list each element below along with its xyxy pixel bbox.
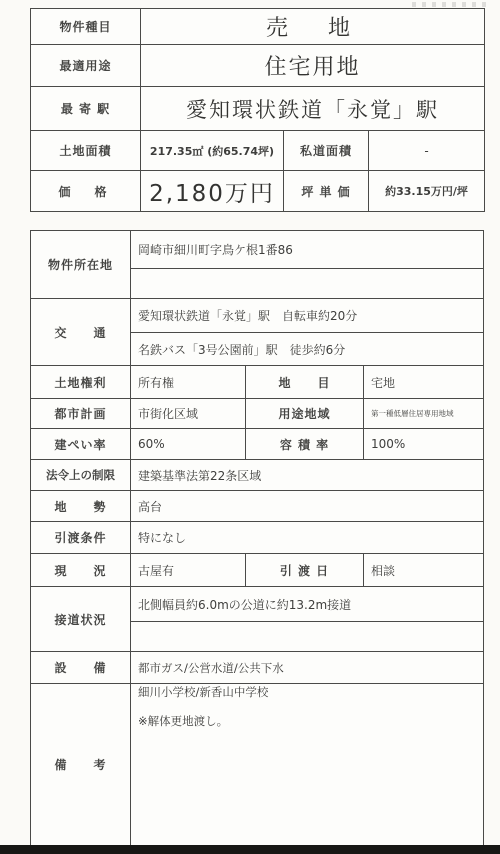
detail-table: 物件所在地 岡崎市細川町字鳥ケ根1番86 交 通 愛知環状鉄道「永覚」駅 自転車…	[30, 230, 484, 846]
row-price: 価 格 2,180万円 坪 単 価 約33.15万円/坪	[31, 171, 485, 212]
row-transport: 交 通 愛知環状鉄道「永覚」駅 自転車約20分	[31, 299, 484, 333]
land-category-value: 宅地	[364, 366, 484, 399]
terrain-value: 高台	[131, 491, 484, 522]
row-nearest-station: 最 寄 駅 愛知環状鉄道「永覚」駅	[31, 87, 485, 131]
floor-area-ratio-value: 100%	[364, 429, 484, 460]
nearest-station-label: 最 寄 駅	[31, 87, 141, 131]
remarks-line-demolition: ※解体更地渡し。	[138, 713, 476, 729]
best-use-value: 住宅用地	[141, 45, 485, 87]
handover-date-value: 相談	[364, 554, 484, 587]
best-use-label: 最適用途	[31, 45, 141, 87]
private-road-area-value: -	[369, 131, 485, 171]
floor-area-ratio-label: 容 積 率	[246, 429, 364, 460]
land-area-value: 217.35㎡ (約65.74坪)	[141, 131, 284, 171]
scan-edge-bar	[0, 845, 500, 854]
legal-restrictions-label: 法令上の制限	[31, 460, 131, 491]
row-remarks: 備 考 細川小学校/新香山中学校 ※解体更地渡し。	[31, 684, 484, 846]
price-label: 価 格	[31, 171, 141, 212]
road-access-value-line2	[131, 622, 484, 652]
row-legal-restrictions: 法令上の制限 建築基準法第22条区域	[31, 460, 484, 491]
scanned-property-sheet: { "document": { "summary": { "property_t…	[0, 0, 500, 854]
scan-artifact	[412, 2, 490, 7]
transport-line2: 名鉄バス「3号公園前」駅 徒歩約6分	[131, 333, 484, 366]
handover-conditions-value: 特になし	[131, 522, 484, 554]
transport-label: 交 通	[31, 299, 131, 366]
row-property-type: 物件種目 売 地	[31, 9, 485, 45]
zoning-label: 用途地域	[246, 399, 364, 429]
row-land-rights: 土地権利 所有権 地 目 宅地	[31, 366, 484, 399]
remarks-line-schools: 細川小学校/新香山中学校	[138, 684, 476, 700]
facilities-label: 設 備	[31, 652, 131, 684]
road-access-value: 北側幅員約6.0mの公道に約13.2m接道	[131, 587, 484, 622]
building-coverage-label: 建ぺい率	[31, 429, 131, 460]
row-handover-conditions: 引渡条件 特になし	[31, 522, 484, 554]
handover-conditions-label: 引渡条件	[31, 522, 131, 554]
handover-date-label: 引 渡 日	[246, 554, 364, 587]
remarks-value: 細川小学校/新香山中学校 ※解体更地渡し。	[131, 684, 484, 846]
row-coverage-ratio: 建ぺい率 60% 容 積 率 100%	[31, 429, 484, 460]
tsubo-unit-price-value: 約33.15万円/坪	[369, 171, 485, 212]
building-coverage-value: 60%	[131, 429, 246, 460]
current-status-value: 古屋有	[131, 554, 246, 587]
city-planning-label: 都市計画	[31, 399, 131, 429]
road-access-label: 接道状況	[31, 587, 131, 652]
location-value: 岡崎市細川町字鳥ケ根1番86	[131, 231, 484, 269]
facilities-value: 都市ガス/公営水道/公共下水	[131, 652, 484, 684]
terrain-label: 地 勢	[31, 491, 131, 522]
transport-line1: 愛知環状鉄道「永覚」駅 自転車約20分	[131, 299, 484, 333]
property-type-label: 物件種目	[31, 9, 141, 45]
legal-restrictions-value: 建築基準法第22条区域	[131, 460, 484, 491]
nearest-station-value: 愛知環状鉄道「永覚」駅	[141, 87, 485, 131]
row-land-area: 土地面積 217.35㎡ (約65.74坪) 私道面積 -	[31, 131, 485, 171]
row-terrain: 地 勢 高台	[31, 491, 484, 522]
property-type-value: 売 地	[141, 9, 485, 45]
remarks-label: 備 考	[31, 684, 131, 846]
row-best-use: 最適用途 住宅用地	[31, 45, 485, 87]
tsubo-unit-price-label: 坪 単 価	[284, 171, 369, 212]
current-status-label: 現 況	[31, 554, 131, 587]
land-category-label: 地 目	[246, 366, 364, 399]
row-location: 物件所在地 岡崎市細川町字鳥ケ根1番86	[31, 231, 484, 269]
land-area-label: 土地面積	[31, 131, 141, 171]
price-value: 2,180万円	[141, 171, 284, 212]
location-value-line2	[131, 269, 484, 299]
private-road-area-label: 私道面積	[284, 131, 369, 171]
row-road-access: 接道状況 北側幅員約6.0mの公道に約13.2m接道	[31, 587, 484, 622]
land-rights-label: 土地権利	[31, 366, 131, 399]
zoning-value: 第一種低層住居専用地域	[364, 399, 484, 429]
row-city-planning: 都市計画 市街化区域 用途地域 第一種低層住居専用地域	[31, 399, 484, 429]
summary-table: 物件種目 売 地 最適用途 住宅用地 最 寄 駅 愛知環状鉄道「永覚」駅 土地面…	[30, 8, 485, 212]
row-current-status: 現 況 古屋有 引 渡 日 相談	[31, 554, 484, 587]
land-rights-value: 所有権	[131, 366, 246, 399]
row-facilities: 設 備 都市ガス/公営水道/公共下水	[31, 652, 484, 684]
location-label: 物件所在地	[31, 231, 131, 299]
city-planning-value: 市街化区域	[131, 399, 246, 429]
